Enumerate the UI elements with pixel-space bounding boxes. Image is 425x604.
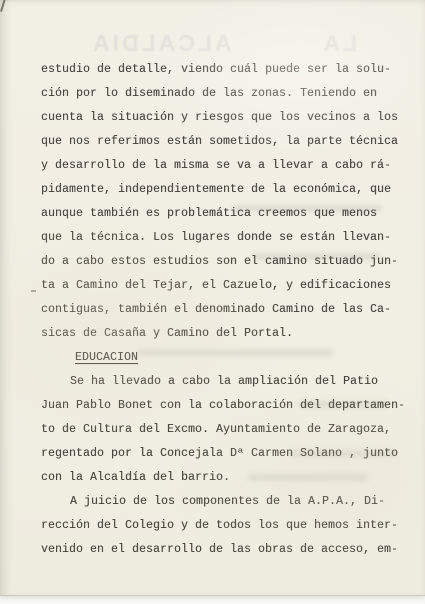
typed-line: y desarrollo de la misma se va a llevar …: [41, 154, 401, 178]
paper-sheet: LA ALCALDIA estudio de detalle, viendo c…: [0, 0, 425, 595]
typed-line: Se ha llevado a cabo la ampliación del P…: [41, 370, 401, 394]
stray-mark: [31, 290, 36, 292]
section-heading-educacion: EDUCACION: [41, 346, 401, 370]
typed-text-block: estudio de detalle, viendo cuál puede se…: [41, 58, 401, 562]
typed-line: Juan Pablo Bonet con la colaboración del…: [41, 394, 401, 418]
typed-line: venido en el desarrollo de las obras de …: [41, 538, 401, 562]
typed-line: ta a Camino del Tejar, el Cazuelo, y edi…: [41, 274, 401, 298]
typed-line: to de Cultura del Excmo. Ayuntamiento de…: [41, 418, 401, 442]
typed-line: regentado por la Concejala Dª Carmen Sol…: [41, 442, 401, 466]
typed-line: sicas de Casaña y Camino del Portal.: [41, 322, 401, 346]
ghost-title-word-la: LA: [320, 30, 357, 57]
typed-line: que nos referimos están sometidos, la pa…: [41, 130, 401, 154]
typed-line: do a cabo estos estudios son el camino s…: [41, 250, 401, 274]
typed-line: aunque también es problemática creemos q…: [41, 202, 401, 226]
typed-line: A juicio de los componentes de la A.P.A.…: [41, 490, 401, 514]
typed-line: cuenta la situación y riesgos que los ve…: [41, 106, 401, 130]
corner-scan-mark: [0, 0, 6, 12]
typed-line: pidamente, independientemente de la econ…: [41, 178, 401, 202]
ghost-mirrored-title: LA ALCALDIA: [90, 30, 357, 57]
typed-line: que la técnica. Los lugares donde se est…: [41, 226, 401, 250]
ghost-title-word-alcaldia: ALCALDIA: [90, 30, 232, 57]
typed-line: rección del Colegio y de todos los que h…: [41, 514, 401, 538]
typed-line: ción por lo diseminado de las zonas. Ten…: [41, 82, 401, 106]
scanned-page: LA ALCALDIA estudio de detalle, viendo c…: [0, 0, 425, 604]
typed-line: estudio de detalle, viendo cuál puede se…: [41, 58, 401, 82]
typed-line: con la Alcaldía del barrio.: [41, 466, 401, 490]
typed-line: contiguas, también el denominado Camino …: [41, 298, 401, 322]
